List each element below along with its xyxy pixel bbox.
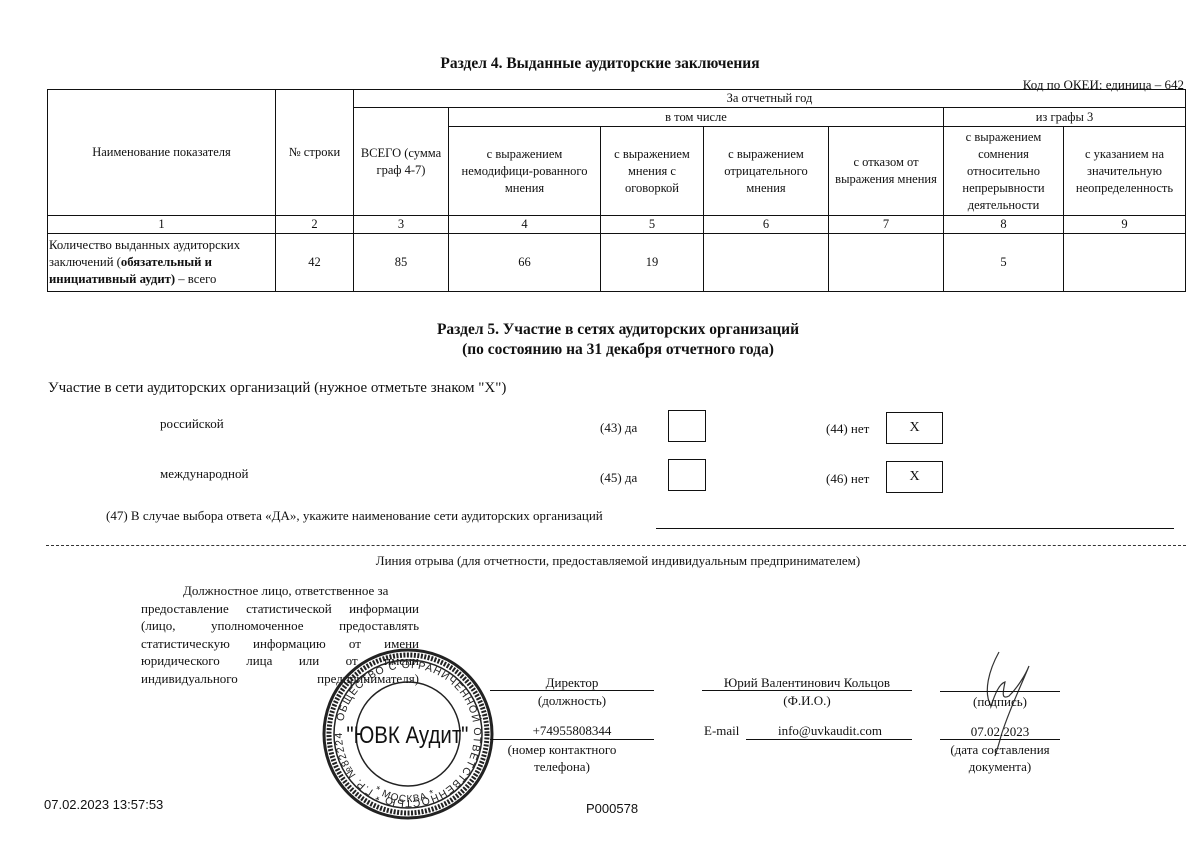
phone-value: +74955808344: [490, 722, 654, 739]
table-row: Количество выданных аудиторских заключен…: [48, 234, 1186, 292]
col-number: 6: [704, 216, 829, 234]
document-date-caption: (дата составления документа): [930, 741, 1070, 775]
section4-title: Раздел 4. Выданные аудиторские заключени…: [300, 55, 900, 73]
col-number: 1: [48, 216, 276, 234]
svg-text:"ЮВК Аудит": "ЮВК Аудит": [346, 722, 468, 749]
network-name-field[interactable]: [656, 510, 1174, 529]
signature-underline: [940, 691, 1060, 692]
row-indicator-name: Количество выданных аудиторских заключен…: [48, 234, 276, 292]
tear-line-caption: Линия отрыва (для отчетности, предоставл…: [300, 553, 936, 569]
international-no-label: (46) нет: [826, 471, 869, 487]
email-underline: [746, 739, 912, 740]
tear-line-divider: [46, 545, 1186, 546]
col-number: 2: [276, 216, 354, 234]
header-unmodified: с выражением немодифици-рованного мнения: [449, 127, 601, 216]
header-indicator-name: Наименование показателя: [48, 90, 276, 216]
header-going-concern: с выражением сомнения относительно непре…: [944, 127, 1064, 216]
header-disclaimer: с отказом от выражения мнения: [829, 127, 944, 216]
position-value: Директор: [490, 674, 654, 691]
russian-yes-checkbox[interactable]: [668, 410, 706, 442]
header-qualified: с выражением мнения с оговоркой: [601, 127, 704, 216]
cell-disclaimer[interactable]: [829, 234, 944, 292]
column-numbers-row: 1 2 3 4 5 6 7 8 9: [48, 216, 1186, 234]
cell-qualified[interactable]: 19: [601, 234, 704, 292]
section5-instruction: Участие в сети аудиторских организаций (…: [48, 380, 506, 397]
header-adverse: с выражением отрицательного мнения: [704, 127, 829, 216]
fio-value: Юрий Валентинович Кольцов: [702, 674, 912, 691]
cell-unmodified[interactable]: 66: [449, 234, 601, 292]
email-value: info@uvkaudit.com: [748, 722, 912, 739]
russian-network-label: российской: [160, 416, 224, 432]
header-reporting-year: За отчетный год: [354, 90, 1186, 108]
header-total: ВСЕГО (сумма граф 4-7): [354, 108, 449, 216]
header-row-number: № строки: [276, 90, 354, 216]
col-number: 7: [829, 216, 944, 234]
seal-icon: ОБЩЕСТВО С ОГРАНИЧЕННОЙ ОТВЕТСТВЕННОСТЬЮ…: [320, 646, 496, 822]
cell-total[interactable]: 85: [354, 234, 449, 292]
email-label: E-mail: [704, 723, 739, 739]
col-number: 3: [354, 216, 449, 234]
issued-opinions-table: Наименование показателя № строки За отче…: [47, 89, 1186, 292]
col-number: 9: [1064, 216, 1186, 234]
document-date-value: 07.02.2023: [940, 723, 1060, 740]
document-code: P000578: [586, 801, 638, 816]
cell-uncertainty[interactable]: [1064, 234, 1186, 292]
international-yes-checkbox[interactable]: [668, 459, 706, 491]
phone-underline: [490, 739, 654, 740]
network-name-label: (47) В случае выбора ответа «ДА», укажит…: [106, 508, 603, 524]
company-seal: ОБЩЕСТВО С ОГРАНИЧЕННОЙ ОТВЕТСТВЕННОСТЬЮ…: [320, 646, 496, 822]
signature-caption: (подпись): [940, 693, 1060, 710]
header-uncertainty: с указанием на значительную неопределенн…: [1064, 127, 1186, 216]
col-number: 8: [944, 216, 1064, 234]
position-caption: (должность): [490, 692, 654, 709]
fio-underline: [702, 690, 912, 691]
section5-title: Раздел 5. Участие в сетях аудиторских ор…: [300, 320, 936, 360]
header-of-column-3: из графы 3: [944, 108, 1186, 127]
international-network-label: международной: [160, 466, 248, 482]
print-timestamp: 07.02.2023 13:57:53: [44, 797, 163, 812]
document-date-underline: [940, 739, 1060, 740]
russian-no-label: (44) нет: [826, 421, 869, 437]
international-yes-label: (45) да: [600, 470, 637, 486]
cell-adverse[interactable]: [704, 234, 829, 292]
fio-caption: (Ф.И.О.): [702, 692, 912, 709]
russian-yes-label: (43) да: [600, 420, 637, 436]
col-number: 5: [601, 216, 704, 234]
col-number: 4: [449, 216, 601, 234]
cell-going-concern[interactable]: 5: [944, 234, 1064, 292]
russian-no-checkbox[interactable]: X: [886, 412, 943, 444]
international-no-checkbox[interactable]: X: [886, 461, 943, 493]
position-underline: [490, 690, 654, 691]
phone-caption: (номер контактного телефона): [480, 741, 644, 775]
cell-row-number: 42: [276, 234, 354, 292]
header-including: в том числе: [449, 108, 944, 127]
